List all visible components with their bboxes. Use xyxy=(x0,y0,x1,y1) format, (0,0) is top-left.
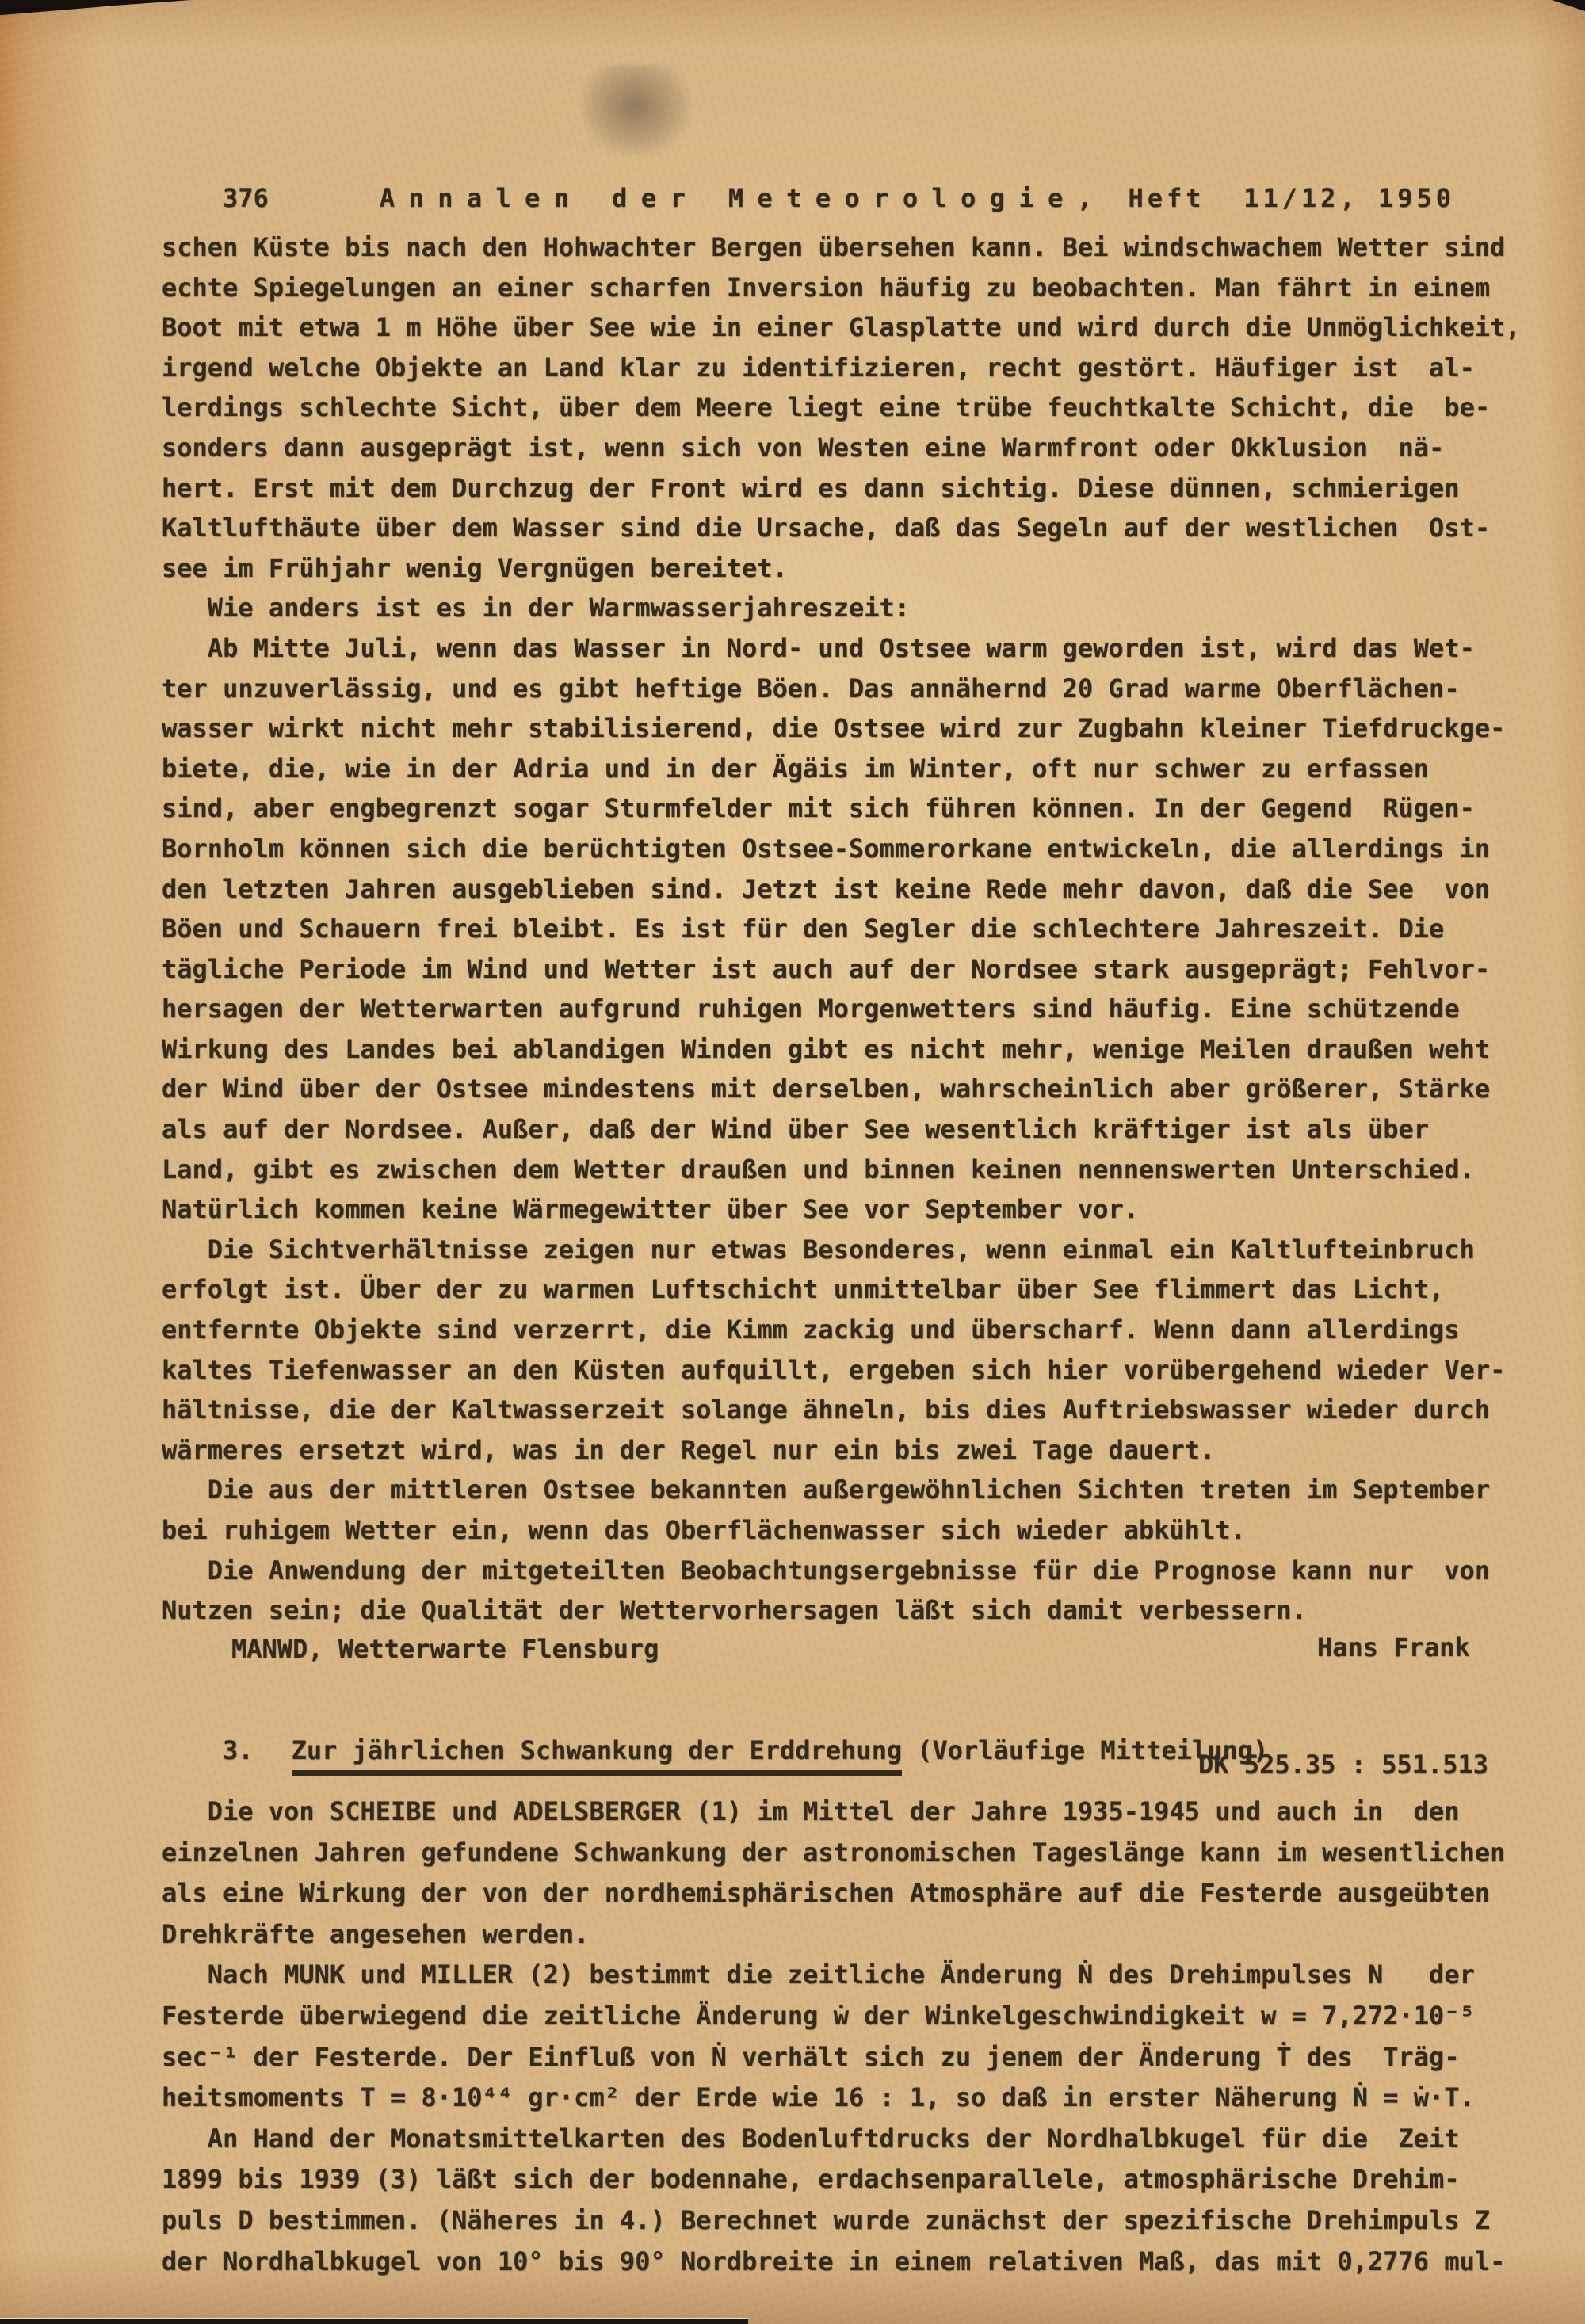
text-line: hältnisse, die der Kaltwasserzeit solang… xyxy=(162,1390,1521,1430)
text-line: sec⁻¹ der Festerde. Der Einfluß von Ṅ ve… xyxy=(162,2037,1505,2078)
text-line: Land, gibt es zwischen dem Wetter drauße… xyxy=(162,1150,1521,1190)
text-line: erfolgt ist. Über der zu warmen Luftschi… xyxy=(162,1269,1521,1310)
text-line: Böen und Schauern frei bleibt. Es ist fü… xyxy=(162,909,1521,949)
text-line: biete, die, wie in der Adria und in der … xyxy=(162,749,1521,789)
text-line: tägliche Periode im Wind und Wetter ist … xyxy=(162,949,1521,990)
text-line: Wie anders ist es in der Warmwasserjahre… xyxy=(162,588,1521,628)
text-line: Kaltlufthäute über dem Wasser sind die U… xyxy=(162,508,1521,548)
text-line: der Nordhalbkugel von 10° bis 90° Nordbr… xyxy=(162,2242,1505,2283)
text-line: ter unzuverlässig, und es gibt heftige B… xyxy=(162,669,1521,709)
text-line: Natürlich kommen keine Wärmegewitter übe… xyxy=(162,1189,1521,1230)
text-line: als eine Wirkung der von der nordhemisph… xyxy=(162,1873,1505,1914)
text-line: lerdings schlechte Sicht, über dem Meere… xyxy=(162,387,1521,428)
section-heading: 3.Zur jährlichen Schwankung der Erddrehu… xyxy=(162,1705,1268,1795)
text-line: An Hand der Monatsmittelkarten des Boden… xyxy=(162,2119,1505,2160)
text-line: Die Sichtverhältnisse zeigen nur etwas B… xyxy=(162,1230,1521,1270)
text-line: Nach MUNK und MILLER (2) bestimmt die ze… xyxy=(162,1955,1505,1996)
journal-title: Annalen der Meteorologie, xyxy=(380,183,1106,213)
text-line: irgend welche Objekte an Land klar zu id… xyxy=(162,348,1521,388)
text-line: Drehkräfte angesehen werden. xyxy=(162,1914,1505,1956)
text-line: sonders dann ausgeprägt ist, wenn sich v… xyxy=(162,428,1521,468)
text-line: Die von SCHEIBE und ADELSBERGER (1) im M… xyxy=(162,1792,1505,1833)
text-line: den letzten Jahren ausgeblieben sind. Je… xyxy=(162,869,1521,910)
section-body-text: Die von SCHEIBE und ADELSBERGER (1) im M… xyxy=(162,1792,1505,2282)
article-continuation-text: schen Küste bis nach den Hohwachter Berg… xyxy=(162,227,1521,1631)
text-line: Wirkung des Landes bei ablandigen Winden… xyxy=(162,1029,1521,1070)
text-line: heitsmoments T = 8·10⁴⁴ gr·cm² der Erde … xyxy=(162,2078,1505,2119)
text-line: Die Anwendung der mitgeteilten Beobachtu… xyxy=(162,1551,1521,1591)
text-line: Nutzen sein; die Qualität der Wettervorh… xyxy=(162,1590,1521,1631)
page-number: 376 xyxy=(223,183,269,213)
text-line: der Wind über der Ostsee mindestens mit … xyxy=(162,1069,1521,1109)
text-line: entfernte Objekte sind verzerrt, die Kim… xyxy=(162,1310,1521,1350)
text-line: echte Spiegelungen an einer scharfen Inv… xyxy=(162,268,1521,308)
text-line: hert. Erst mit dem Durchzug der Front wi… xyxy=(162,468,1521,509)
text-line: einzelnen Jahren gefundene Schwankung de… xyxy=(162,1833,1505,1874)
ink-smudge xyxy=(580,65,691,156)
text-line: kaltes Tiefenwasser an den Küsten aufqui… xyxy=(162,1350,1521,1391)
signature-author: Hans Frank xyxy=(1317,1632,1470,1662)
text-line: Festerde überwiegend die zeitliche Änder… xyxy=(162,1996,1505,2037)
text-line: hersagen der Wetterwarten aufgrund ruhig… xyxy=(162,989,1521,1029)
scan-artifact-top-left xyxy=(0,0,192,16)
text-line: bei ruhigem Wetter ein, wenn das Oberflä… xyxy=(162,1510,1521,1551)
section-title: Zur jährlichen Schwankung der Erddrehung xyxy=(292,1735,903,1776)
text-line: see im Frühjahr wenig Vergnügen bereitet… xyxy=(162,548,1521,589)
signature-station: MANWD, Wetterwarte Flensburg xyxy=(231,1634,659,1664)
text-line: Bornholm können sich die berüchtigten Os… xyxy=(162,829,1521,869)
text-line: wasser wirkt nicht mehr stabilisierend, … xyxy=(162,708,1521,749)
text-line: sind, aber engbegrenzt sogar Sturmfelder… xyxy=(162,788,1521,829)
scanned-journal-page: 376Annalen der Meteorologie,Heft 11/12, … xyxy=(0,0,1585,2324)
scan-artifact-bottom-edge xyxy=(0,2318,748,2324)
text-line: 1899 bis 1939 (3) läßt sich der bodennah… xyxy=(162,2159,1505,2200)
text-line: puls D bestimmen. (Näheres in 4.) Berech… xyxy=(162,2200,1505,2242)
section-number: 3. xyxy=(223,1735,254,1765)
dk-classification: DK 525.35 : 551.513 xyxy=(1198,1750,1488,1780)
scan-artifact-top-right xyxy=(1552,0,1585,11)
text-line: Boot mit etwa 1 m Höhe über See wie in e… xyxy=(162,307,1521,348)
issue-info: Heft 11/12, 1950 xyxy=(1129,183,1456,213)
text-line: als auf der Nordsee. Außer, daß der Wind… xyxy=(162,1109,1521,1150)
text-line: Die aus der mittleren Ostsee bekannten a… xyxy=(162,1470,1521,1510)
text-line: Ab Mitte Juli, wenn das Wasser in Nord- … xyxy=(162,628,1521,669)
text-line: wärmeres ersetzt wird, was in der Regel … xyxy=(162,1430,1521,1471)
text-line: schen Küste bis nach den Hohwachter Berg… xyxy=(162,227,1521,268)
